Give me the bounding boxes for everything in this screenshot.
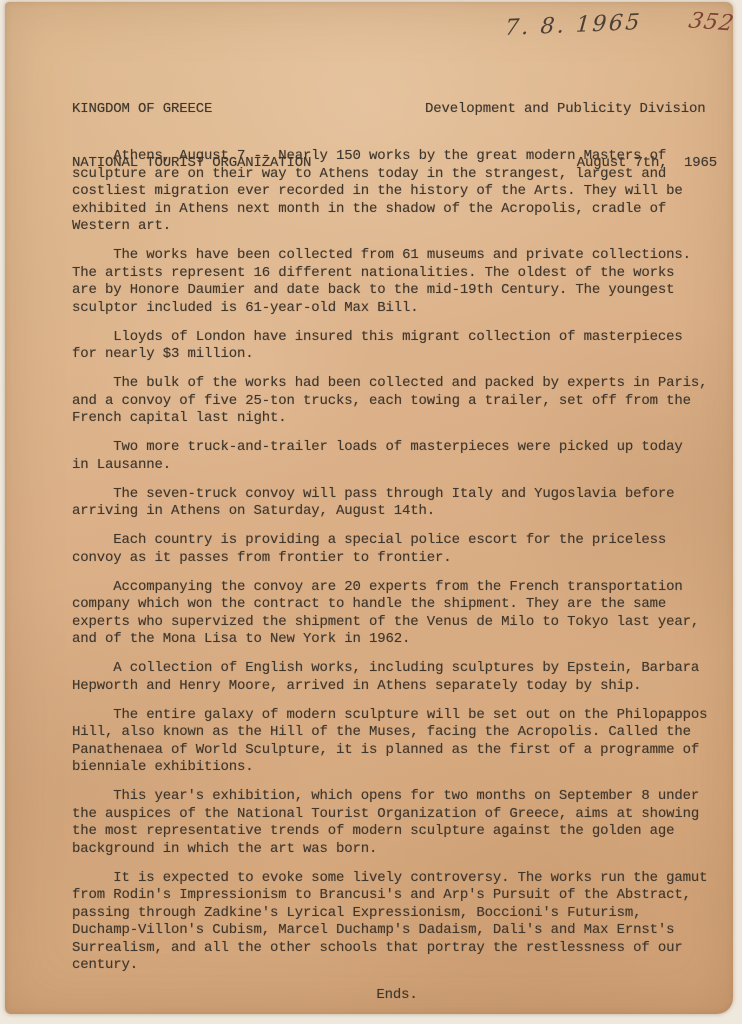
org-name-line1: KINGDOM OF GREECE bbox=[72, 100, 311, 118]
paragraph-controversy: It is expected to evoke some lively cont… bbox=[72, 870, 722, 975]
division-name: Development and Publicity Division bbox=[425, 100, 717, 118]
paragraph-escort: Each country is providing a special poli… bbox=[72, 532, 722, 567]
paragraph-experts: Accompanying the convoy are 20 experts f… bbox=[72, 579, 722, 649]
paragraph-lead: Athens, August 7 -- Nearly 150 works by … bbox=[72, 148, 722, 236]
paragraph-convoy: The bulk of the works had been collected… bbox=[72, 375, 722, 428]
paragraph-english-works: A collection of English works, including… bbox=[72, 660, 722, 695]
handwritten-page-number: 352 bbox=[686, 9, 736, 37]
paragraph-lausanne: Two more truck-and-trailer loads of mast… bbox=[72, 439, 722, 474]
paragraph-insurance: Lloyds of London have insured this migra… bbox=[72, 329, 722, 364]
paragraph-philopappos: The entire galaxy of modern sculpture wi… bbox=[72, 707, 722, 777]
handwritten-date: 7. 8. 1965 bbox=[504, 10, 643, 41]
press-release-page: 7. 8. 1965 352 KINGDOM OF GREECE NATIONA… bbox=[5, 2, 733, 1014]
paragraph-exhibition: This year's exhibition, which opens for … bbox=[72, 788, 722, 858]
paragraph-route: The seven-truck convoy will pass through… bbox=[72, 486, 722, 521]
paragraph-collections: The works have been collected from 61 mu… bbox=[72, 247, 722, 317]
press-release-body: Athens, August 7 -- Nearly 150 works by … bbox=[72, 148, 722, 1016]
closing-line: Ends. bbox=[72, 987, 722, 1005]
